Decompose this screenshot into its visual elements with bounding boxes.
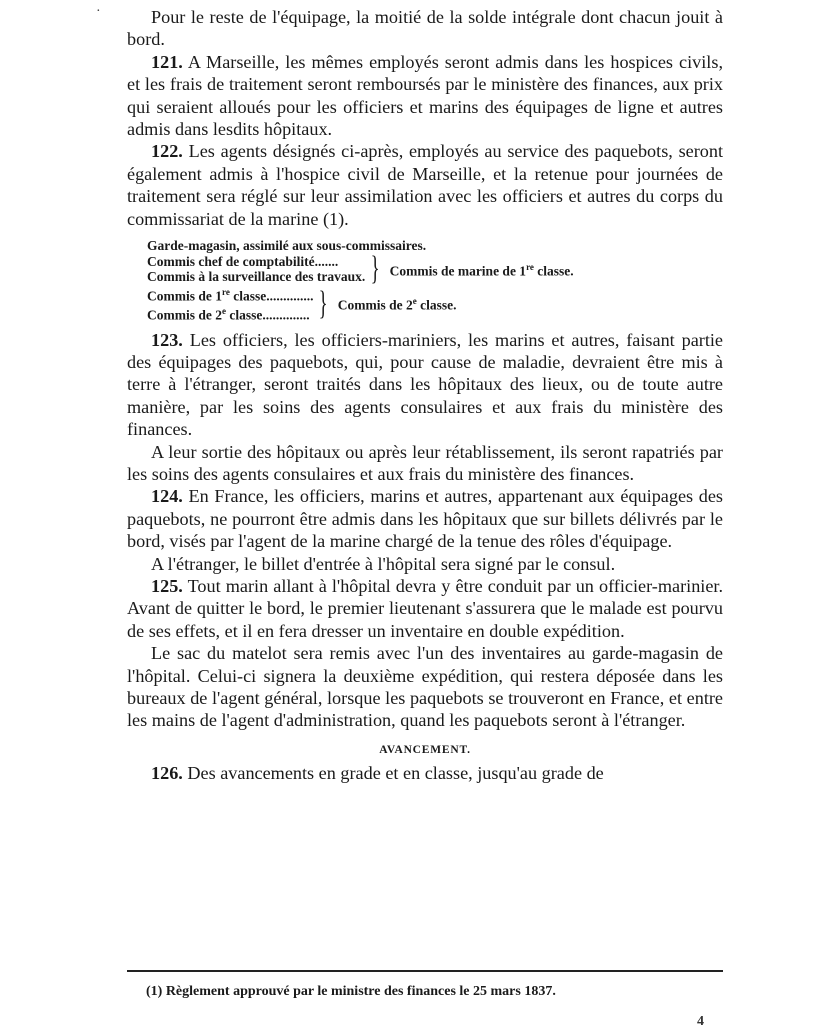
table-row: Commis à la surveillance des travaux.	[147, 269, 365, 285]
table-group: Commis de 1re classe.............. Commi…	[147, 285, 723, 323]
brace-icon: }	[319, 289, 328, 319]
article-126: 126. Des avancements en grade et en clas…	[127, 762, 723, 784]
table-group-label: Commis de 2e classe.	[338, 294, 457, 313]
article-number: 122.	[151, 141, 183, 161]
article-121: 121. A Marseille, les mêmes employés ser…	[127, 51, 723, 141]
table-group: Commis chef de comptabilité....... Commi…	[147, 254, 723, 285]
section-heading: AVANCEMENT.	[127, 744, 723, 756]
document-page: Pour le reste de l'équipage, la moitié d…	[127, 6, 723, 784]
footnote: (1) Règlement approuvé par le ministre d…	[146, 984, 556, 1000]
article-number: 125.	[151, 576, 183, 596]
table-row: Commis de 1re classe..............	[147, 285, 313, 304]
article-text: Tout marin allant à l'hôpital devra y êt…	[127, 576, 723, 641]
footnote-divider	[127, 970, 723, 972]
article-123: 123. Les officiers, les officiers-marini…	[127, 329, 723, 441]
paragraph-etranger: A l'étranger, le billet d'entrée à l'hôp…	[127, 553, 723, 575]
brace-icon: }	[371, 254, 380, 284]
paragraph-equipage: Pour le reste de l'équipage, la moitié d…	[127, 6, 723, 51]
article-number: 124.	[151, 486, 183, 506]
article-text: Les agents désignés ci-après, employés a…	[127, 141, 723, 228]
paragraph-rapatriement: A leur sortie des hôpitaux ou après leur…	[127, 441, 723, 486]
article-text: A Marseille, les mêmes employés seront a…	[127, 52, 723, 139]
paragraph-sac-matelot: Le sac du matelot sera remis avec l'un d…	[127, 642, 723, 732]
article-number: 126.	[151, 763, 183, 783]
table-row: Commis de 2e classe..............	[147, 304, 313, 323]
article-122: 122. Les agents désignés ci-après, emplo…	[127, 140, 723, 230]
page-signature-mark: 4	[697, 1014, 704, 1030]
article-number: 121.	[151, 52, 183, 72]
table-row: Garde-magasin, assimilé aux sous-commiss…	[147, 238, 723, 254]
article-125: 125. Tout marin allant à l'hôpital devra…	[127, 575, 723, 642]
article-124: 124. En France, les officiers, marins et…	[127, 485, 723, 552]
article-text: Les officiers, les officiers-mariniers, …	[127, 330, 723, 440]
assimilation-table: Garde-magasin, assimilé aux sous-commiss…	[147, 238, 723, 323]
table-row: Commis chef de comptabilité.......	[147, 254, 365, 270]
article-number: 123.	[151, 330, 183, 350]
article-text: En France, les officiers, marins et autr…	[127, 486, 723, 551]
article-text: Des avancements en grade et en classe, j…	[187, 763, 603, 783]
speck-mark: ·	[96, 4, 101, 20]
table-group-label: Commis de marine de 1re classe.	[390, 260, 574, 279]
